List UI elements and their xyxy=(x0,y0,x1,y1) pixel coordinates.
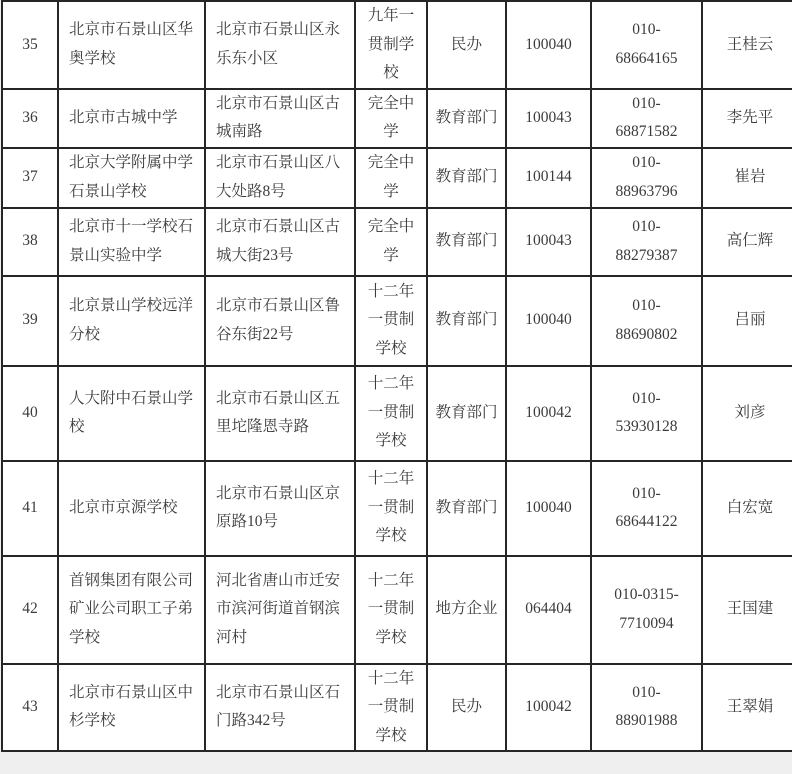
cell-address: 河北省唐山市迁安市滨河街道首钢滨河村 xyxy=(205,556,355,664)
cell-address: 北京市石景山区古城大街23号 xyxy=(205,208,355,276)
cell-phone: 010- 88901988 xyxy=(591,664,702,752)
cell-phone: 010- 68871582 xyxy=(591,89,702,148)
cell-number: 43 xyxy=(2,664,58,752)
cell-organizer: 民办 xyxy=(427,664,506,752)
cell-contact: 高仁辉 xyxy=(702,208,792,276)
cell-number: 35 xyxy=(2,1,58,89)
cell-number: 39 xyxy=(2,276,58,366)
cell-postal-code: 100043 xyxy=(506,89,591,148)
cell-phone: 010- 68644122 xyxy=(591,461,702,556)
cell-school-name: 首钢集团有限公司矿业公司职工子弟学校 xyxy=(58,556,205,664)
cell-number: 38 xyxy=(2,208,58,276)
cell-postal-code: 100040 xyxy=(506,276,591,366)
cell-school-type: 十二年一贯制学校 xyxy=(355,556,427,664)
cell-school-type: 九年一贯制学校 xyxy=(355,1,427,89)
cell-number: 41 xyxy=(2,461,58,556)
cell-contact: 王桂云 xyxy=(702,1,792,89)
cell-postal-code: 100043 xyxy=(506,208,591,276)
cell-number: 42 xyxy=(2,556,58,664)
cell-organizer: 教育部门 xyxy=(427,208,506,276)
table-row: 40 人大附中石景山学校 北京市石景山区五里坨隆恩寺路 十二年一贯制学校 教育部… xyxy=(2,366,792,461)
table-row: 36 北京市古城中学 北京市石景山区古城南路 完全中学 教育部门 100043 … xyxy=(2,89,792,148)
cell-organizer: 教育部门 xyxy=(427,89,506,148)
cell-address: 北京市石景山区鲁谷东街22号 xyxy=(205,276,355,366)
table-row: 39 北京景山学校远洋分校 北京市石景山区鲁谷东街22号 十二年一贯制学校 教育… xyxy=(2,276,792,366)
cell-postal-code: 100042 xyxy=(506,664,591,752)
cell-address: 北京市石景山区古城南路 xyxy=(205,89,355,148)
cell-phone: 010- 88690802 xyxy=(591,276,702,366)
cell-contact: 刘彦 xyxy=(702,366,792,461)
cell-phone: 010- 88963796 xyxy=(591,148,702,208)
cell-phone: 010- 53930128 xyxy=(591,366,702,461)
cell-school-type: 十二年一贯制学校 xyxy=(355,664,427,752)
cell-postal-code: 100144 xyxy=(506,148,591,208)
cell-contact: 李先平 xyxy=(702,89,792,148)
cell-school-type: 十二年一贯制学校 xyxy=(355,366,427,461)
cell-organizer: 教育部门 xyxy=(427,276,506,366)
table-row: 38 北京市十一学校石景山实验中学 北京市石景山区古城大街23号 完全中学 教育… xyxy=(2,208,792,276)
cell-contact: 王翠娟 xyxy=(702,664,792,752)
cell-school-name: 北京景山学校远洋分校 xyxy=(58,276,205,366)
cell-postal-code: 064404 xyxy=(506,556,591,664)
cell-phone: 010- 88279387 xyxy=(591,208,702,276)
cell-school-name: 人大附中石景山学校 xyxy=(58,366,205,461)
page-background: 35 北京市石景山区华奥学校 北京市石景山区永乐东小区 九年一贯制学校 民办 1… xyxy=(0,0,792,774)
cell-postal-code: 100040 xyxy=(506,1,591,89)
table-row: 35 北京市石景山区华奥学校 北京市石景山区永乐东小区 九年一贯制学校 民办 1… xyxy=(2,1,792,89)
cell-phone: 010-0315- 7710094 xyxy=(591,556,702,664)
cell-school-name: 北京市石景山区中杉学校 xyxy=(58,664,205,752)
cell-school-type: 完全中学 xyxy=(355,208,427,276)
cell-organizer: 教育部门 xyxy=(427,461,506,556)
cell-phone: 010- 68664165 xyxy=(591,1,702,89)
cell-school-name: 北京市十一学校石景山实验中学 xyxy=(58,208,205,276)
table-row: 37 北京大学附属中学石景山学校 北京市石景山区八大处路8号 完全中学 教育部门… xyxy=(2,148,792,208)
cell-contact: 白宏宽 xyxy=(702,461,792,556)
table-row: 41 北京市京源学校 北京市石景山区京原路10号 十二年一贯制学校 教育部门 1… xyxy=(2,461,792,556)
cell-address: 北京市石景山区五里坨隆恩寺路 xyxy=(205,366,355,461)
cell-postal-code: 100042 xyxy=(506,366,591,461)
cell-school-type: 十二年一贯制学校 xyxy=(355,461,427,556)
cell-school-name: 北京市古城中学 xyxy=(58,89,205,148)
cell-school-name: 北京大学附属中学石景山学校 xyxy=(58,148,205,208)
cell-postal-code: 100040 xyxy=(506,461,591,556)
cell-school-name: 北京市石景山区华奥学校 xyxy=(58,1,205,89)
table-row: 42 首钢集团有限公司矿业公司职工子弟学校 河北省唐山市迁安市滨河街道首钢滨河村… xyxy=(2,556,792,664)
cell-contact: 吕丽 xyxy=(702,276,792,366)
cell-organizer: 地方企业 xyxy=(427,556,506,664)
cell-school-type: 完全中学 xyxy=(355,148,427,208)
cell-address: 北京市石景山区八大处路8号 xyxy=(205,148,355,208)
school-table: 35 北京市石景山区华奥学校 北京市石景山区永乐东小区 九年一贯制学校 民办 1… xyxy=(1,0,792,752)
cell-contact: 王国建 xyxy=(702,556,792,664)
cell-organizer: 民办 xyxy=(427,1,506,89)
cell-school-type: 十二年一贯制学校 xyxy=(355,276,427,366)
cell-address: 北京市石景山区永乐东小区 xyxy=(205,1,355,89)
cell-number: 40 xyxy=(2,366,58,461)
table-row: 43 北京市石景山区中杉学校 北京市石景山区石门路342号 十二年一贯制学校 民… xyxy=(2,664,792,752)
cell-organizer: 教育部门 xyxy=(427,148,506,208)
cell-address: 北京市石景山区石门路342号 xyxy=(205,664,355,752)
table-body: 35 北京市石景山区华奥学校 北京市石景山区永乐东小区 九年一贯制学校 民办 1… xyxy=(2,1,792,751)
cell-number: 36 xyxy=(2,89,58,148)
cell-organizer: 教育部门 xyxy=(427,366,506,461)
cell-number: 37 xyxy=(2,148,58,208)
cell-address: 北京市石景山区京原路10号 xyxy=(205,461,355,556)
cell-school-type: 完全中学 xyxy=(355,89,427,148)
cell-contact: 崔岩 xyxy=(702,148,792,208)
cell-school-name: 北京市京源学校 xyxy=(58,461,205,556)
